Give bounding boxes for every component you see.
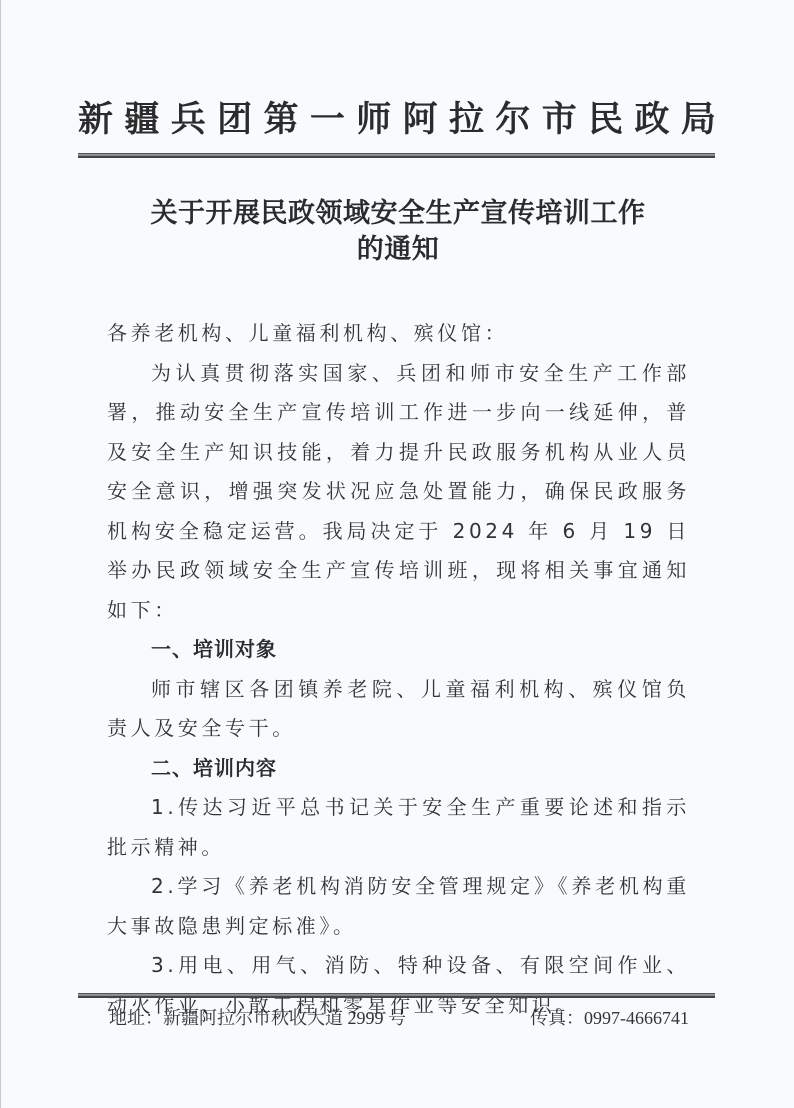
org-char: 团 — [217, 92, 252, 142]
org-char: 兵 — [171, 92, 206, 142]
salutation: 各养老机构、儿童福利机构、殡仪馆： — [107, 314, 690, 354]
org-char: 新 — [78, 92, 113, 142]
title-line-1: 关于开展民政领域安全生产宣传培训工作 — [1, 196, 794, 232]
footer-divider — [78, 993, 715, 998]
header-divider — [78, 153, 715, 158]
section-heading-training-targets: 一、培训对象 — [107, 630, 690, 670]
organization-header: 新 疆 兵 团 第 一 师 阿 拉 尔 市 民 政 局 — [78, 92, 716, 142]
footer-fax: 传真：0997-4666741 — [530, 1004, 689, 1030]
org-char: 一 — [310, 92, 345, 142]
org-char: 第 — [264, 92, 299, 142]
section-paragraph: 师市辖区各团镇养老院、儿童福利机构、殡仪馆负责人及安全专干。 — [107, 670, 690, 749]
org-char: 政 — [635, 92, 670, 142]
document-title: 关于开展民政领域安全生产宣传培训工作 的通知 — [1, 196, 794, 268]
document-body: 各养老机构、儿童福利机构、殡仪馆： 为认真贯彻落实国家、兵团和师市安全生产工作部… — [107, 314, 690, 1025]
org-char: 尔 — [495, 92, 530, 142]
title-line-2: 的通知 — [1, 232, 794, 268]
section-heading-training-content: 二、培训内容 — [107, 749, 690, 789]
intro-paragraph: 为认真贯彻落实国家、兵团和师市安全生产工作部署，推动安全生产宣传培训工作进一步向… — [107, 354, 690, 631]
org-char: 市 — [542, 92, 577, 142]
content-item-1: 1.传达习近平总书记关于安全生产重要论述和指示批示精神。 — [107, 788, 690, 867]
org-char: 拉 — [449, 92, 484, 142]
org-char: 阿 — [403, 92, 438, 142]
org-char: 师 — [356, 92, 391, 142]
org-char: 民 — [588, 92, 623, 142]
footer: 地址：新疆阿拉尔市秋收大道 2999 号 传真：0997-4666741 — [109, 1004, 689, 1030]
content-item-2: 2.学习《养老机构消防安全管理规定》《养老机构重大事故隐患判定标准》。 — [107, 867, 690, 946]
org-char: 疆 — [124, 92, 159, 142]
org-char: 局 — [681, 92, 716, 142]
footer-address: 地址：新疆阿拉尔市秋收大道 2999 号 — [109, 1004, 406, 1030]
